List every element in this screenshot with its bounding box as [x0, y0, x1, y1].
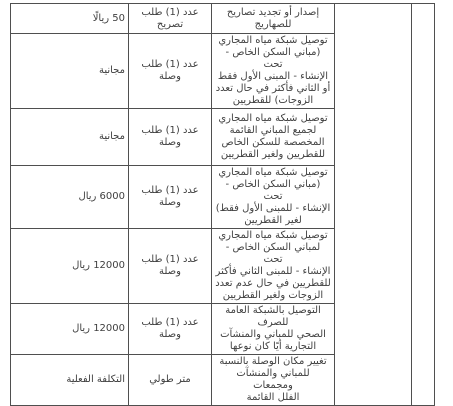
- fee-cell: 12000 ريال: [11, 304, 129, 355]
- fee-cell: مجانية: [11, 109, 129, 166]
- fee-cell: التكلفة الفعلية: [11, 355, 129, 406]
- service-cell: توصيل شبكة مياه المجاري لجميع المباني ال…: [212, 109, 335, 166]
- table-row: إصدار أو تجديد تصاريح للصهاريج عدد (1) ط…: [11, 4, 435, 34]
- unit-cell: عدد (1) طلب تصريح: [129, 4, 212, 34]
- unit-cell: عدد (1) طلب وصلة: [129, 229, 212, 304]
- service-cell: توصيل شبكة مياه المجاري (مباني السكن الخ…: [212, 166, 335, 229]
- service-cell: إصدار أو تجديد تصاريح للصهاريج: [212, 4, 335, 34]
- serial-column-empty-cell: [412, 4, 435, 406]
- fee-cell: 6000 ريال: [11, 166, 129, 229]
- fee-cell: مجانية: [11, 34, 129, 109]
- fee-cell: 50 ريالًا: [11, 4, 129, 34]
- fees-table-container: إصدار أو تجديد تصاريح للصهاريج عدد (1) ط…: [10, 3, 435, 406]
- service-cell: توصيل شبكة مياه المجاري لمباني السكن الخ…: [212, 229, 335, 304]
- section-column-empty-cell: [335, 4, 412, 406]
- unit-cell: متر طولي: [129, 355, 212, 406]
- fees-table: إصدار أو تجديد تصاريح للصهاريج عدد (1) ط…: [10, 3, 435, 406]
- unit-cell: عدد (1) طلب وصلة: [129, 304, 212, 355]
- service-cell: تغيير مكان الوصلة بالنسبة للمباني والمنش…: [212, 355, 335, 406]
- service-cell: توصيل شبكة مياه المجاري (مباني السكن الخ…: [212, 34, 335, 109]
- unit-cell: عدد (1) طلب وصلة: [129, 34, 212, 109]
- service-cell: التوصيل بالشبكة العامة للصرف الصحي للمبا…: [212, 304, 335, 355]
- unit-cell: عدد (1) طلب وصلة: [129, 109, 212, 166]
- unit-cell: عدد (1) طلب وصلة: [129, 166, 212, 229]
- fee-cell: 12000 ريال: [11, 229, 129, 304]
